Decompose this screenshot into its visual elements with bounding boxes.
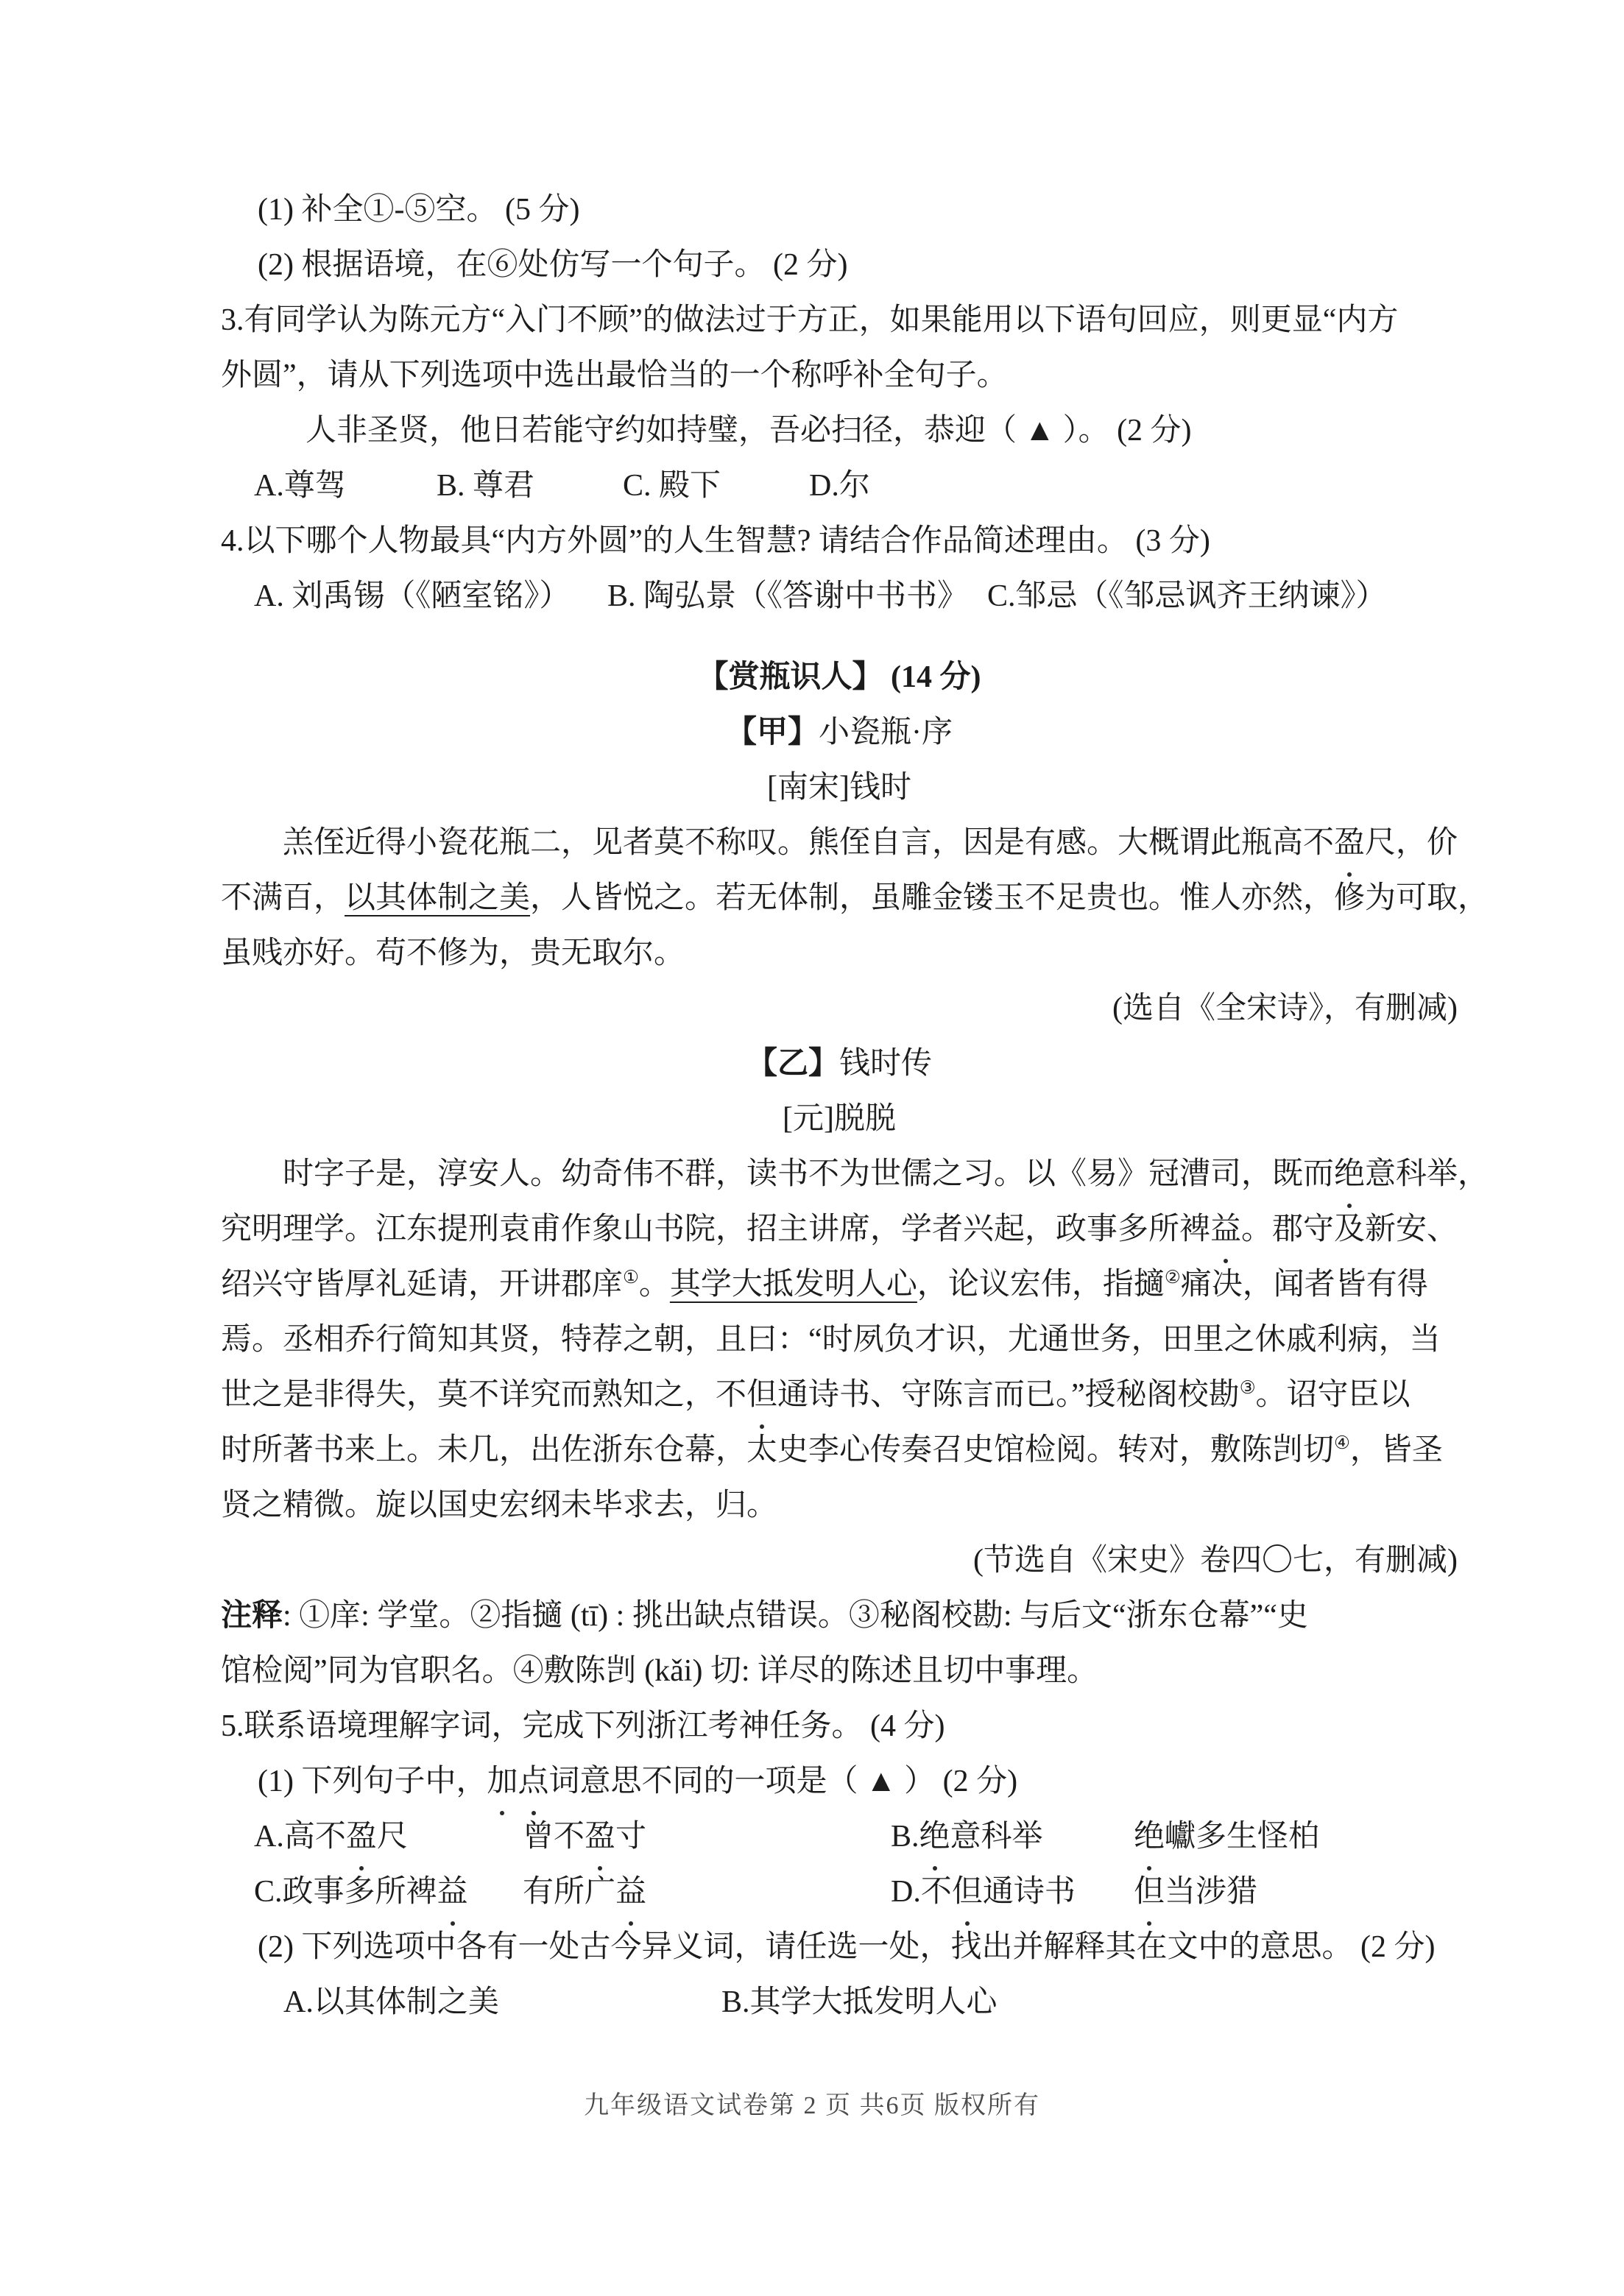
text-segment: 以其体制之美 bbox=[345, 881, 530, 915]
question-5-1-options-row-2: C.政事多所裨益有所广益D.不但通诗书但当涉猎 bbox=[254, 1865, 1458, 1920]
passage-yi-line-3: 绍兴守皆厚礼延请，开讲郡庠①。其学大抵发明人心，论议宏伟，指擿②痛决，闻者皆有得 bbox=[221, 1257, 1458, 1313]
option-column: 曾不盈寸 bbox=[523, 1809, 891, 1865]
passage-yi-line-1: 时字子是，淳安人。幼奇伟不群，读书不为世儒之习。以《易》冠漕司，既而绝意科举， bbox=[221, 1147, 1458, 1202]
text-segment: 【甲】 bbox=[726, 716, 819, 749]
text-segment: B. bbox=[891, 1820, 919, 1854]
text-segment: [南宋]钱时 bbox=[767, 771, 911, 805]
passage-yi-line-5: 世之是非得失，莫不详究而熟知之，不但通诗书、守陈言而已。”授秘阁校勘③。诏守臣以 bbox=[221, 1368, 1458, 1423]
text-segment: D.不 bbox=[891, 1875, 952, 1909]
text-segment: B.其学大抵发明人心 bbox=[721, 1985, 998, 2019]
text-segment: 究明理学。江东提刑袁甫作象山书院，招主讲席，学者兴起，政事多所裨 bbox=[221, 1212, 1210, 1246]
emphasis-dot-char: 益 bbox=[615, 1865, 646, 1920]
text-segment: (1) 补全①-⑤空。 (5 分) bbox=[258, 193, 579, 227]
text-segment: ，论议宏伟，指擿 bbox=[917, 1268, 1165, 1301]
passage-yi-line-6: 时所著书来上。未几，出佐浙东仓幕，太史李心传奏召史馆检阅。转对，敷陈剀切④，皆圣 bbox=[221, 1423, 1458, 1478]
text-segment: 5.联系语境理解字词，完成下列浙江考神任务。 (4 分) bbox=[221, 1709, 945, 1743]
text-segment: 通诗书、守陈言而已。”授秘阁校勘 bbox=[777, 1378, 1240, 1412]
text-segment: 词意思不同的一项是（ ▲ ） (2 分) bbox=[549, 1765, 1018, 1798]
text-segment: 。诏守臣以 bbox=[1256, 1378, 1411, 1412]
text-segment: [元]脱脱 bbox=[783, 1102, 896, 1136]
option-column: C.邹忌（《邹忌讽齐王纳谏》） bbox=[987, 569, 1387, 624]
footnote-ref: ④ bbox=[1334, 1433, 1350, 1453]
text-segment: 痛决，闻者皆有得 bbox=[1181, 1268, 1428, 1301]
text-segment: (2) 根据语境，在⑥处仿写一个句子。 (2 分) bbox=[258, 248, 847, 282]
text-segment: (节选自《宋史》卷四〇七，有删减) bbox=[973, 1544, 1458, 1578]
passage-jia-line-1: 羔侄近得小瓷花瓶二，见者莫不称叹。熊侄自言，因是有感。大概谓此瓶高不盈尺，价 bbox=[221, 816, 1458, 871]
text-segment: 【乙】 bbox=[746, 1047, 839, 1081]
text-segment: (选自《全宋诗》，有删减) bbox=[1112, 992, 1458, 1025]
option-column: B. 尊君 bbox=[437, 459, 623, 514]
emphasis-dot-char: 盈 bbox=[1334, 816, 1365, 871]
option-column: B.其学大抵发明人心 bbox=[721, 1975, 998, 2030]
text-segment: (1) 下列句子中， bbox=[258, 1765, 487, 1798]
text-segment: 不满百， bbox=[221, 881, 345, 915]
notes-line-1: 注释: ①庠: 学堂。②指擿 (tī) : 挑出缺点错误。③秘阁校勘: 与后文“… bbox=[221, 1589, 1458, 1644]
footnote-ref: ③ bbox=[1240, 1378, 1256, 1398]
option-column: A.高不盈尺 bbox=[254, 1809, 523, 1865]
passage-jia-line-2: 不满百，以其体制之美，人皆悦之。若无体制，虽雕金镂玉不足贵也。惟人亦然，修为可取… bbox=[221, 871, 1458, 926]
passage-jia-title: 【甲】小瓷瓶·序 bbox=[221, 705, 1458, 760]
text-segment: 羔侄近得小瓷花瓶二，见者莫不称叹。熊侄自言，因是有感。大概谓此瓶高不 bbox=[221, 826, 1334, 860]
question-5-1-options-row-1: A.高不盈尺曾不盈寸B.绝意科举绝巘多生怪柏 bbox=[254, 1809, 1458, 1865]
text-segment: 意科举， bbox=[1365, 1157, 1489, 1191]
text-segment: 注释 bbox=[221, 1599, 283, 1633]
question-line-1-2: (2) 根据语境，在⑥处仿写一个句子。 (2 分) bbox=[258, 238, 1458, 293]
option-column: 绝巘多生怪柏 bbox=[1134, 1809, 1319, 1865]
emphasis-dot-char: 益 bbox=[1210, 1202, 1241, 1257]
quote-line: 人非圣贤，他日若能守约如持璧，吾必扫径，恭迎（ ▲ ）。 (2 分) bbox=[306, 403, 1458, 459]
text-segment: A.尊驾 bbox=[254, 469, 346, 503]
text-segment: A.以其体制之美 bbox=[283, 1985, 499, 2019]
text-segment: 其学大抵发明人心 bbox=[670, 1268, 917, 1301]
text-segment: 【赏瓶识人】 (14 分) bbox=[698, 660, 981, 694]
emphasis-dot-char: 益 bbox=[437, 1865, 468, 1920]
passage-yi-title: 【乙】钱时传 bbox=[221, 1036, 1458, 1092]
text-segment: 虽贱亦好。苟不修为，贵无取尔。 bbox=[221, 936, 685, 970]
text-segment: 钱时传 bbox=[839, 1047, 932, 1081]
question-5-1-line: (1) 下列句子中，加点词意思不同的一项是（ ▲ ） (2 分) bbox=[258, 1754, 1458, 1809]
text-segment: 尺 bbox=[377, 1820, 408, 1854]
option-column: D.不但通诗书 bbox=[891, 1865, 1134, 1920]
footnote-ref: ② bbox=[1165, 1268, 1181, 1287]
text-segment: 。 bbox=[639, 1268, 670, 1301]
option-column: C.政事多所裨益 bbox=[254, 1865, 523, 1920]
text-segment: 有所广 bbox=[523, 1875, 615, 1909]
text-segment: A. 刘禹锡（《陋室铭》） bbox=[254, 579, 570, 613]
emphasis-dot-char: 绝 bbox=[1134, 1809, 1165, 1865]
footnote-ref: ① bbox=[623, 1268, 639, 1287]
passage-yi-author: [元]脱脱 bbox=[221, 1092, 1458, 1147]
passage-jia-author: [南宋]钱时 bbox=[221, 760, 1458, 816]
passage-yi-source: (节选自《宋史》卷四〇七，有删减) bbox=[221, 1533, 1458, 1589]
text-segment: 绍兴守皆厚礼延请，开讲郡庠 bbox=[221, 1268, 623, 1301]
text-segment: 意科举 bbox=[950, 1820, 1043, 1854]
emphasis-dot-char: 绝 bbox=[919, 1809, 950, 1865]
emphasis-dot-char: 绝 bbox=[1334, 1147, 1365, 1202]
question-3-line-1: 3.有同学认为陈元方“入门不顾”的做法过于方正，如果能用以下语句回应，则更显“内… bbox=[221, 293, 1458, 348]
option-column: B.绝意科举 bbox=[891, 1809, 1134, 1865]
passage-jia-line-3: 虽贱亦好。苟不修为，贵无取尔。 bbox=[221, 926, 1458, 981]
passage-yi-line-4: 焉。丞相乔行简知其贤，特荐之朝，且曰：“时夙负才识，尤通世务，田里之休戚利病，当 bbox=[221, 1313, 1458, 1368]
text-segment: 外圆”，请从下列选项中选出最恰当的一个称呼补全句子。 bbox=[221, 358, 1008, 392]
emphasis-dot-char: 但 bbox=[952, 1865, 983, 1920]
text-segment: D.尔 bbox=[809, 469, 870, 503]
question-3-line-2: 外圆”，请从下列选项中选出最恰当的一个称呼补全句子。 bbox=[221, 348, 1458, 403]
text-segment: 人非圣贤，他日若能守约如持璧，吾必扫径，恭迎（ ▲ ）。 (2 分) bbox=[306, 414, 1192, 448]
option-column: D.尔 bbox=[809, 459, 870, 514]
text-segment: B. 尊君 bbox=[437, 469, 534, 503]
question-4-line: 4.以下哪个人物最具“内方外圆”的人生智慧? 请结合作品简述理由。 (3 分) bbox=[221, 514, 1458, 569]
question-5-2-options: A.以其体制之美B.其学大抵发明人心 bbox=[283, 1975, 1458, 2030]
text-segment: 曾不 bbox=[523, 1820, 585, 1854]
text-segment: 。郡守及新安、 bbox=[1241, 1212, 1458, 1246]
notes-line-2: 馆检阅”同为官职名。④敷陈剀 (kǎi) 切: 详尽的陈述且切中事理。 bbox=[221, 1644, 1458, 1699]
page-footer: 九年级语文试卷第 2 页 共6页 版权所有 bbox=[0, 2085, 1624, 2121]
emphasis-dot-char: 加 bbox=[487, 1754, 518, 1809]
text-segment: 巘多生怪柏 bbox=[1165, 1820, 1319, 1854]
text-segment: B. 陶弘景（《答谢中书书》 bbox=[607, 579, 968, 613]
text-segment: 世之是非得失，莫不详究而熟知之，不 bbox=[221, 1378, 746, 1412]
option-column: C. 殿下 bbox=[623, 459, 809, 514]
passage-jia-source: (选自《全宋诗》，有删减) bbox=[221, 981, 1458, 1036]
text-segment: 尺，价 bbox=[1365, 826, 1458, 860]
option-column: B. 陶弘景（《答谢中书书》 bbox=[607, 569, 987, 624]
emphasis-dot-char: 但 bbox=[1134, 1865, 1165, 1920]
question-4-options: A. 刘禹锡（《陋室铭》）B. 陶弘景（《答谢中书书》C.邹忌（《邹忌讽齐王纳谏… bbox=[254, 569, 1458, 624]
option-column: A.以其体制之美 bbox=[283, 1975, 721, 2030]
text-segment: 通诗书 bbox=[983, 1875, 1076, 1909]
emphasis-dot-char: 但 bbox=[746, 1368, 777, 1423]
passage-yi-line-2: 究明理学。江东提刑袁甫作象山书院，招主讲席，学者兴起，政事多所裨益。郡守及新安、 bbox=[221, 1202, 1458, 1257]
emphasis-dot-char: 盈 bbox=[346, 1809, 377, 1865]
text-segment: 寸 bbox=[615, 1820, 646, 1854]
section-title: 【赏瓶识人】 (14 分) bbox=[221, 650, 1458, 705]
text-segment: 时字子是，淳安人。幼奇伟不群，读书不为世儒之习。以《易》冠漕司，既而 bbox=[221, 1157, 1334, 1191]
text-segment: 贤之精微。旋以国史宏纲未毕求去，归。 bbox=[221, 1488, 777, 1522]
text-segment: 焉。丞相乔行简知其贤，特荐之朝，且曰：“时夙负才识，尤通世务，田里之休戚利病，当 bbox=[221, 1323, 1441, 1357]
text-segment: 小瓷瓶·序 bbox=[819, 716, 953, 749]
emphasis-dot-char: 点 bbox=[518, 1754, 549, 1809]
exam-page: (1) 补全①-⑤空。 (5 分)(2) 根据语境，在⑥处仿写一个句子。 (2 … bbox=[0, 0, 1624, 2296]
question-3-options: A.尊驾B. 尊君C. 殿下D.尔 bbox=[254, 459, 1458, 514]
page-content: (1) 补全①-⑤空。 (5 分)(2) 根据语境，在⑥处仿写一个句子。 (2 … bbox=[221, 183, 1458, 2030]
option-column: 但当涉猎 bbox=[1134, 1865, 1257, 1920]
passage-yi-line-7: 贤之精微。旋以国史宏纲未毕求去，归。 bbox=[221, 1478, 1458, 1533]
text-segment: ，人皆悦之。若无体制，虽雕金镂玉不足贵也。惟人亦然，修为可取， bbox=[530, 881, 1489, 915]
text-segment: : ①庠: 学堂。②指擿 (tī) : 挑出缺点错误。③秘阁校勘: 与后文“浙东… bbox=[283, 1599, 1308, 1633]
question-line-1-1: (1) 补全①-⑤空。 (5 分) bbox=[258, 183, 1458, 238]
emphasis-dot-char: 盈 bbox=[585, 1809, 615, 1865]
text-segment: 4.以下哪个人物最具“内方外圆”的人生智慧? 请结合作品简述理由。 (3 分) bbox=[221, 524, 1210, 558]
text-segment: C.邹忌（《邹忌讽齐王纳谏》） bbox=[987, 579, 1387, 613]
option-column: 有所广益 bbox=[523, 1865, 891, 1920]
text-segment: ，皆圣 bbox=[1350, 1433, 1443, 1467]
text-segment: 当涉猎 bbox=[1165, 1875, 1257, 1909]
question-5-2-line: (2) 下列选项中各有一处古今异义词，请任选一处，找出并解释其在文中的意思。 (… bbox=[258, 1920, 1458, 1975]
question-5-line: 5.联系语境理解字词，完成下列浙江考神任务。 (4 分) bbox=[221, 1699, 1458, 1754]
text-segment: C.政事多所裨 bbox=[254, 1875, 437, 1909]
text-segment: 馆检阅”同为官职名。④敷陈剀 (kǎi) 切: 详尽的陈述且切中事理。 bbox=[221, 1654, 1098, 1688]
text-segment: 3.有同学认为陈元方“入门不顾”的做法过于方正，如果能用以下语句回应，则更显“内… bbox=[221, 303, 1398, 337]
text-segment: A.高不 bbox=[254, 1820, 346, 1854]
option-column: A.尊驾 bbox=[254, 459, 437, 514]
option-column: A. 刘禹锡（《陋室铭》） bbox=[254, 569, 607, 624]
text-segment: C. 殿下 bbox=[623, 469, 721, 503]
text-segment: 时所著书来上。未几，出佐浙东仓幕，太史李心传奏召史馆检阅。转对，敷陈剀切 bbox=[221, 1433, 1334, 1467]
text-segment: (2) 下列选项中各有一处古今异义词，请任选一处，找出并解释其在文中的意思。 (… bbox=[258, 1930, 1435, 1964]
